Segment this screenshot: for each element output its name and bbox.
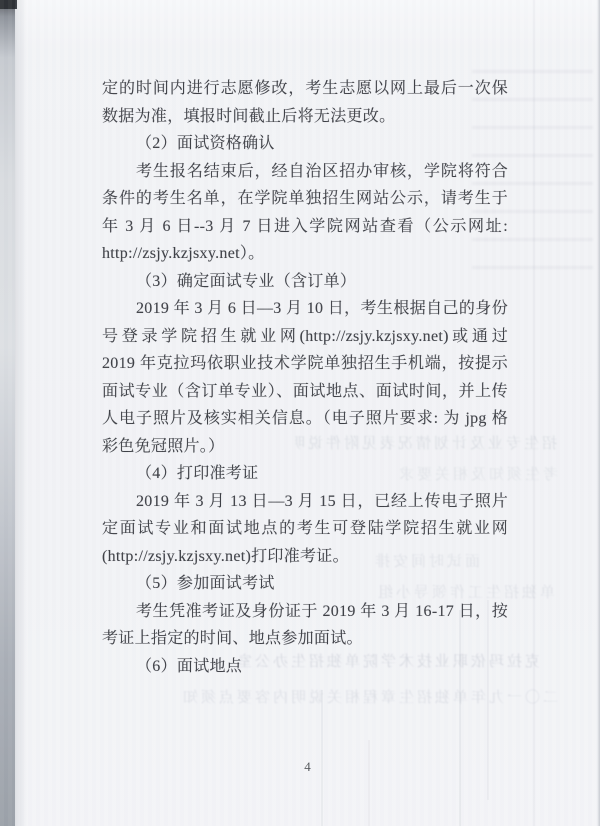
doc-heading-print-ticket: （4）打印准考证	[102, 460, 508, 488]
scanner-streak	[368, 740, 370, 826]
doc-line-url: http://zsjy.kzjsxy.net）。	[102, 240, 508, 268]
doc-line: 条件的考生名单，在学院单独招生网站公示，请考生于 2019	[102, 185, 508, 213]
doc-heading-choose-major: （3）确定面试专业（含订单）	[102, 268, 508, 296]
doc-line: 考生报名结束后，经自治区招办审核，学院将符合报考	[102, 158, 508, 186]
doc-line-url: (http://zsjy.kzjsxy.net)打印准考证。	[102, 543, 508, 571]
doc-line: 面试专业（含订单专业）、面试地点、面试时间，并上传本	[102, 378, 508, 406]
scan-edge-fade	[15, 0, 27, 826]
document-body-text: 定的时间内进行志愿修改，考生志愿以网上最后一次保存的 数据为准，填报时间截止后将…	[102, 75, 508, 680]
scanned-document-page: 招生专业及计划情况表见附件说明 考生须知及相关要求 面试时间安排 单独招生工作领…	[0, 0, 600, 826]
scan-left-edge-shadow	[0, 0, 15, 826]
doc-line: 考证上指定的时间、地点参加面试。	[102, 625, 508, 653]
doc-line: 人电子照片及核实相关信息。（电子照片要求: 为 jpg 格式，	[102, 405, 508, 433]
doc-line: 定的时间内进行志愿修改，考生志愿以网上最后一次保存的	[102, 75, 508, 103]
doc-line: 彩色免冠照片。）	[102, 433, 508, 461]
doc-heading-attend-interview: （5）参加面试考试	[102, 570, 508, 598]
doc-line: 定面试专业和面试地点的考生可登陆学院招生就业网	[102, 515, 508, 543]
doc-heading-interview-location: （6）面试地点	[102, 653, 508, 681]
doc-line: 2019 年 3 月 13 日—3 月 15 日，已经上传电子照片及确	[102, 488, 508, 516]
page-number: 4	[8, 759, 600, 775]
doc-line-url: 号登录学院招生就业网(http://zsjy.kzjsxy.net)或通过	[102, 323, 508, 351]
doc-line: 2019 年克拉玛依职业技术学院单独招生手机端，按提示选择	[102, 350, 508, 378]
doc-line: 2019 年 3 月 6 日—3 月 10 日，考生根据自己的身份证	[102, 295, 508, 323]
doc-heading-interview-confirm: （2）面试资格确认	[102, 130, 508, 158]
scanner-streak	[321, 690, 323, 826]
scanner-streak	[533, 0, 535, 826]
doc-line: 数据为准，填报时间截止后将无法更改。	[102, 103, 508, 131]
doc-line: 年 3 月 6 日--3 月 7 日进入学院网站查看（公示网址:	[102, 213, 508, 241]
doc-line: 考生凭准考证及身份证于 2019 年 3 月 16-17 日，按准	[102, 598, 508, 626]
